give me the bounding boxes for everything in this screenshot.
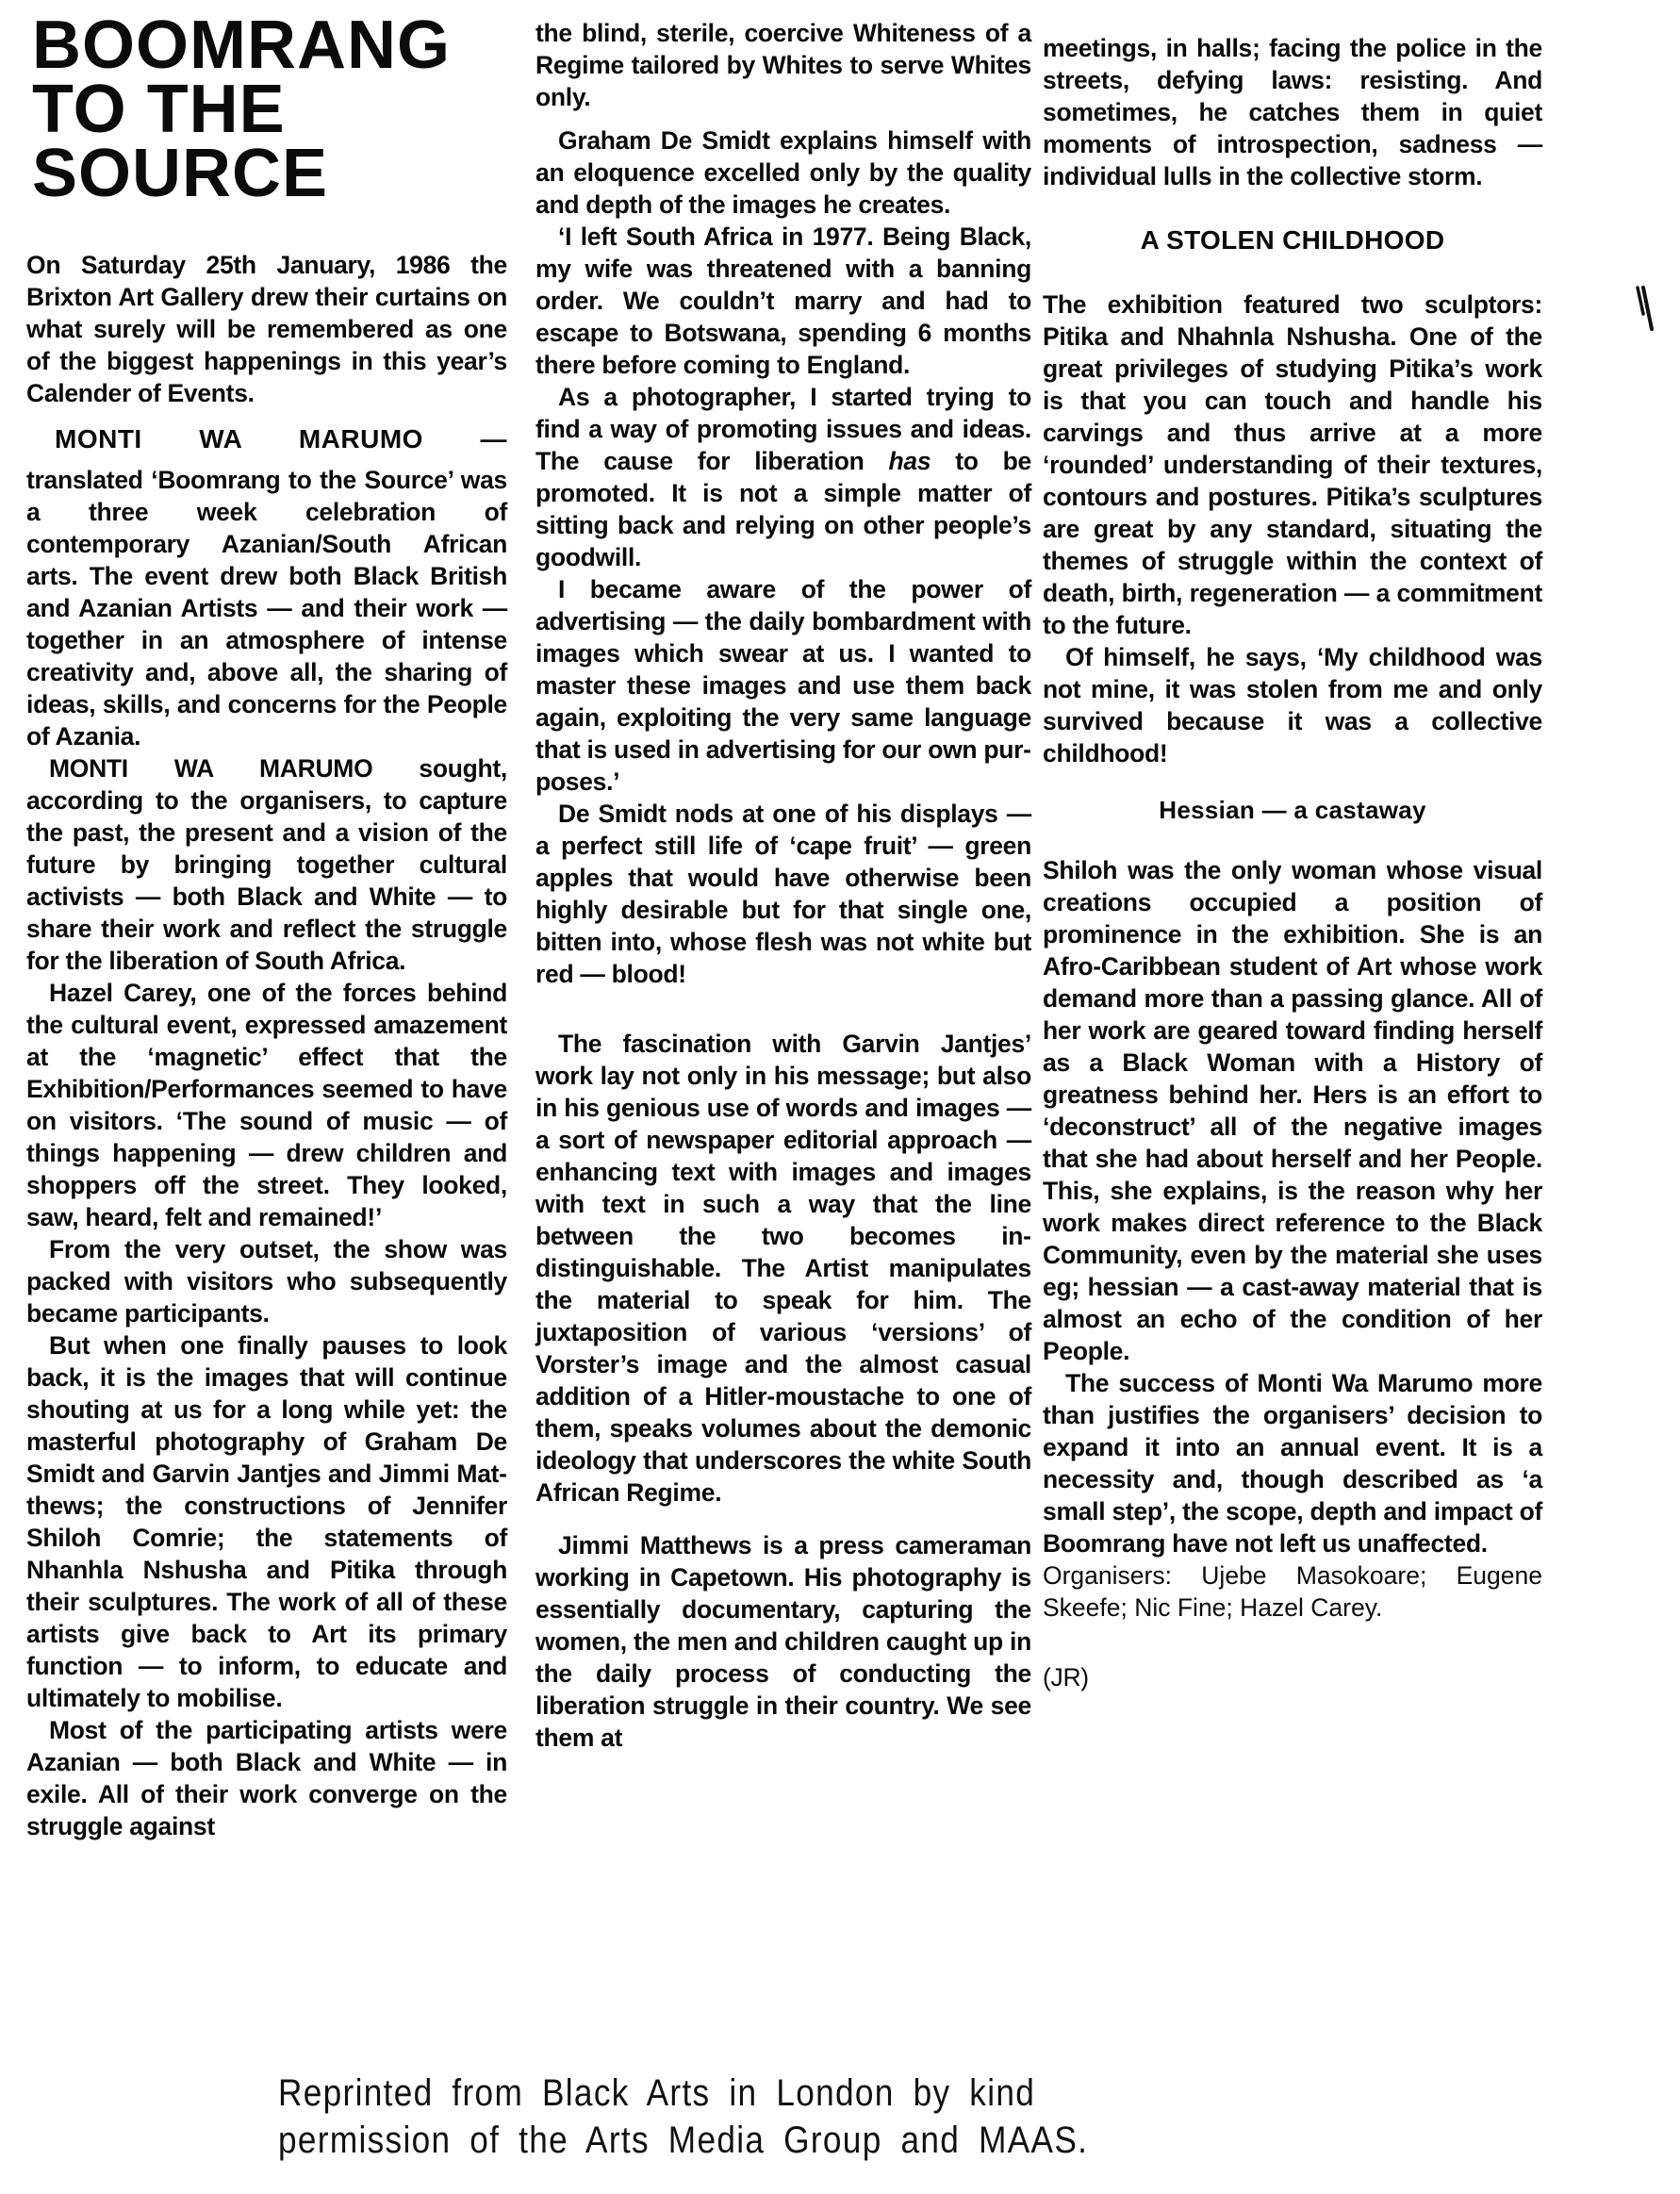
headline-line: BOOMRANG: [32, 13, 507, 77]
article-column-left: BOOMRANG TO THE SOURCE On Saturday 25th …: [26, 0, 507, 1842]
body-paragraph: Shiloh was the only woman whose visual c…: [1043, 854, 1542, 1367]
body-paragraph: The fascination with Garvin Jant­jes’ wo…: [535, 1028, 1031, 1509]
subheading-stolen-childhood: A STOLEN CHILDHOOD: [1043, 224, 1542, 256]
reprint-credit: Reprinted from Black Arts in London by k…: [278, 2070, 1191, 2164]
body-paragraph: Most of the participating artists were A…: [26, 1714, 507, 1842]
body-paragraph: Graham De Smidt explains himself with an…: [535, 124, 1031, 221]
body-paragraph: translated ‘Boomrang to the Source’ was …: [26, 464, 507, 752]
quote-paragraph: Of himself, he says, ‘My childhood was n…: [1043, 641, 1542, 769]
kicker-monti-wa-marumo: MONTI WA MARUMO —: [26, 422, 507, 456]
body-paragraph: Hazel Carey, one of the forces behind th…: [26, 977, 507, 1233]
body-paragraph: The exhibition featured two sculptors: P…: [1043, 289, 1542, 641]
body-paragraph: meetings, in halls; facing the police in…: [1043, 32, 1542, 192]
headline-line: TO THE: [32, 77, 507, 141]
body-paragraph: Jimmi Matthews is a press cameraman work…: [535, 1529, 1031, 1754]
reprint-credit-line: permission of the Arts Media Group and M…: [278, 2117, 1191, 2164]
lead-paragraph: On Saturday 25th January, 1986 the Brixt…: [26, 249, 507, 409]
article-headline: BOOMRANG TO THE SOURCE: [32, 13, 507, 206]
body-paragraph: the blind, sterile, coercive Whiteness o…: [535, 17, 1031, 113]
body-paragraph: The success of Monti Wa Marumo more than…: [1043, 1367, 1542, 1559]
pen-mark-icon: [1636, 286, 1655, 333]
emphasis-has: has: [889, 447, 931, 475]
article-column-middle: the blind, sterile, coercive Whiteness o…: [535, 17, 1031, 1754]
article-column-right: meetings, in halls; facing the police in…: [1043, 32, 1542, 1693]
organisers-credit: Organisers: Ujebe Masokoare; Eugene Skee…: [1043, 1559, 1542, 1624]
scanned-article-page: BOOMRANG TO THE SOURCE On Saturday 25th …: [0, 0, 1680, 2194]
body-paragraph: De Smidt nods at one of his displays — a…: [535, 798, 1031, 990]
body-paragraph: From the very outset, the show was packe…: [26, 1233, 507, 1329]
body-paragraph: But when one finally pauses to look back…: [26, 1329, 507, 1714]
reprint-credit-line: Reprinted from Black Arts in London by k…: [278, 2070, 1191, 2117]
quote-paragraph-with-emphasis: As a photographer, I started try­ing to …: [535, 381, 1031, 573]
subheading-hessian-castaway: Hessian — a castaway: [1043, 794, 1542, 826]
quote-paragraph: ‘I left South Africa in 1977. Being Blac…: [535, 221, 1031, 381]
body-paragraph: MONTI WA MARUMO sought, according to the…: [26, 752, 507, 977]
quote-paragraph: I became aware of the power of advertisi…: [535, 573, 1031, 798]
headline-line: SOURCE: [32, 141, 507, 206]
author-initials: (JR): [1043, 1661, 1542, 1693]
